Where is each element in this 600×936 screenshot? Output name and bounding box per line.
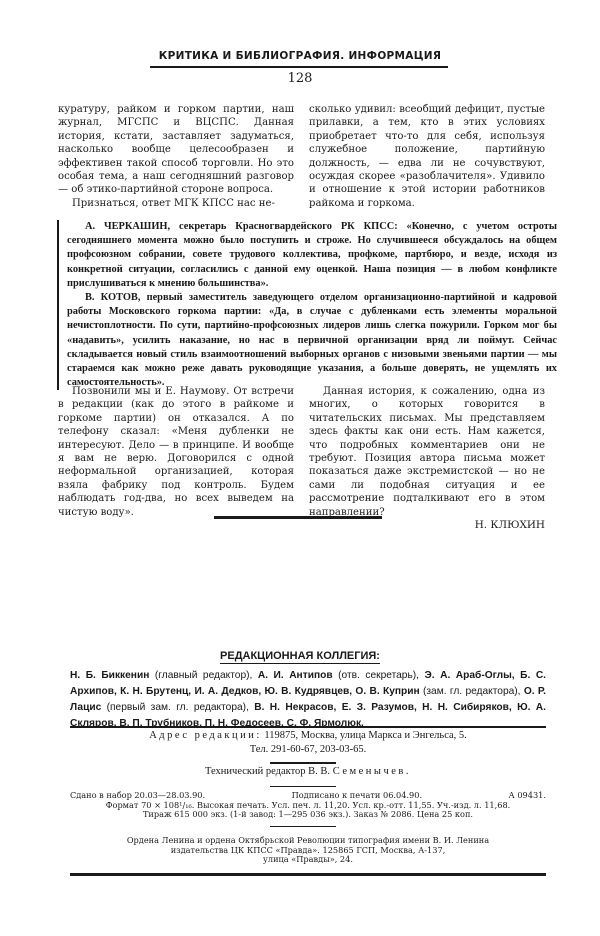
quote-cherkashin: А. ЧЕРКАШИН, секретарь Красногвардейског… — [67, 220, 557, 291]
board-member: Н. Б. Биккенин — [70, 670, 149, 681]
address-value: 119875, Москва, улица Маркса и Энгельса,… — [264, 730, 466, 741]
separator — [270, 826, 336, 827]
print-imprint: Сдано в набор 20.03—28.03.90. Подписано … — [70, 791, 546, 820]
section-title: КРИТИКА И БИБЛИОГРАФИЯ. ИНФОРМАЦИЯ — [150, 50, 450, 62]
phone-numbers: Тел. 291-60-67, 203-03-65. — [70, 743, 546, 757]
technical-editor: Технический редактор В. В. Семенычев. — [70, 766, 546, 777]
right-column-bottom: Данная история, к сожалению, одна из мно… — [309, 385, 545, 532]
separator — [270, 786, 336, 787]
board-member: А. И. Антипов — [258, 670, 333, 681]
separator — [270, 762, 336, 764]
page-number: 128 — [150, 71, 450, 86]
board-bottom-rule — [70, 726, 546, 728]
editorial-board-title: РЕДАКЦИОННАЯ КОЛЛЕГИЯ: — [150, 650, 450, 662]
address-label: Адрес редакции: — [149, 730, 262, 741]
official-quotes-block: А. ЧЕРКАШИН, секретарь Красногвардейског… — [57, 220, 557, 390]
censor-code: А 09431. — [509, 791, 546, 801]
header-rule — [150, 66, 448, 68]
journal-page: КРИТИКА И БИБЛИОГРАФИЯ. ИНФОРМАЦИЯ 128 к… — [0, 0, 600, 936]
paragraph: Данная история, к сожалению, одна из мно… — [309, 385, 545, 519]
left-column-bottom: Позвонили мы и Е. Наумову. От встречи в … — [58, 385, 294, 519]
article-end-rule — [214, 516, 382, 519]
right-column-top: сколько удивил: всеобщий дефицит, пустые… — [309, 103, 545, 210]
quote-kotov: В. КОТОВ, первый заместитель заведующего… — [67, 291, 557, 390]
editorial-board-members: Н. Б. Биккенин (главный редактор), А. И.… — [70, 668, 546, 732]
printer-info: Ордена Ленина и ордена Октябрьской Револ… — [70, 836, 546, 865]
board-member: Э. А. Араб-Оглы, — [425, 670, 515, 681]
left-column-top: куратуру, райком и горком партии, наш жу… — [58, 103, 294, 210]
paragraph: куратуру, райком и горком партии, наш жу… — [58, 103, 294, 197]
paragraph: сколько удивил: всеобщий дефицит, пустые… — [309, 103, 545, 210]
circulation-line: Тираж 615 000 экз. (1-й завод: 1—295 036… — [70, 810, 546, 820]
page-bottom-rule — [70, 873, 546, 876]
author-signature: Н. КЛЮХИН — [309, 519, 545, 532]
paragraph: Позвонили мы и Е. Наумову. От встречи в … — [58, 385, 294, 519]
editorial-address: Адрес редакции: 119875, Москва, улица Ма… — [70, 729, 546, 757]
paragraph: Признаться, ответ МГК КПСС нас не- — [58, 197, 294, 210]
